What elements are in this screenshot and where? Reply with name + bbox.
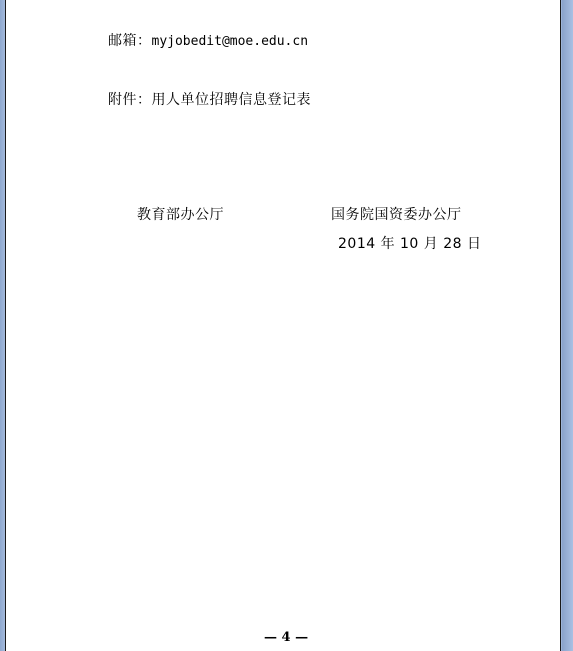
attachment-value: 用人单位招聘信息登记表	[152, 92, 312, 108]
attachment-line: 附件：用人单位招聘信息登记表	[108, 89, 311, 109]
page-number: — 4 —	[264, 630, 308, 645]
email-label: 邮箱：	[108, 33, 152, 49]
signature-moe-office: 教育部办公厅	[137, 204, 224, 224]
vertical-scrollbar-area[interactable]	[562, 0, 573, 651]
signature-sasac-office: 国务院国资委办公厅	[331, 204, 462, 224]
attachment-label: 附件：	[108, 92, 152, 108]
document-page: 邮箱：myjobedit@moe.edu.cn 附件：用人单位招聘信息登记表 教…	[5, 0, 561, 651]
email-line: 邮箱：myjobedit@moe.edu.cn	[108, 30, 308, 50]
document-date: 2014 年 10 月 28 日	[338, 233, 482, 253]
email-value[interactable]: myjobedit@moe.edu.cn	[152, 34, 309, 49]
